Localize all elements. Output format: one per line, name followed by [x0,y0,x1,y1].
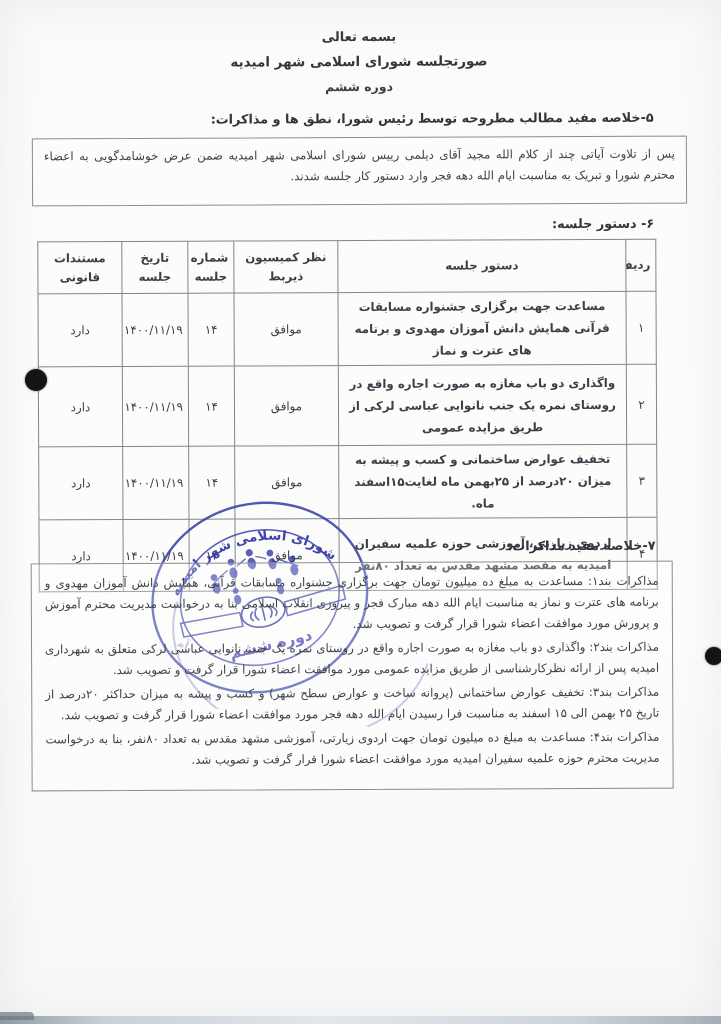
council-term: دوره ششم [0,77,720,95]
scan-edge-corner [0,1012,34,1020]
col-header-session-date: تاریخ جلسه [122,241,188,293]
section7-heading: ۷-خلاصه مفید مذاکرات: [507,539,655,555]
commission-opinion: موافق [234,366,338,446]
hole-punch-right-icon [705,647,721,665]
agenda-table-header-row: ردیف دستور جلسه نظر کمیسیون ذیربط شماره … [38,239,656,294]
minutes-paragraph-1: مذاکرات بند۱: مساعدت به مبلغ ده میلیون ت… [45,571,659,637]
session-date: ۱۴۰۰/۱۱/۱۹ [123,446,189,519]
minutes-paragraph-3: مذاکرات بند۳: تخفیف عوارض ساختمانی (پروا… [45,682,659,727]
document-title: صورتجلسه شورای اسلامی شهر امیدیه [0,52,720,71]
bismillah-line: بسمه تعالی [0,28,719,46]
legal-docs: دارد [38,294,122,367]
agenda-item: مساعدت جهت برگزاری جشنواره مسابقات قرآنی… [338,291,626,365]
document-content: بسمه تعالی صورتجلسه شورای اسلامی شهر امی… [0,0,721,1024]
session-date: ۱۴۰۰/۱۱/۱۹ [122,366,188,446]
legal-docs: دارد [38,367,122,447]
commission-opinion: موافق [234,293,338,366]
minutes-paragraph-2: مذاکرات بند۲: واگذاری دو باب مغازه به صو… [45,637,659,682]
agenda-item: واگذاری دو باب مغازه به صورت اجاره واقع … [338,364,626,445]
document-header: بسمه تعالی صورتجلسه شورای اسلامی شهر امی… [0,28,720,104]
section7-minutes-box: مذاکرات بند۱: مساعدت به مبلغ ده میلیون ت… [31,561,674,792]
section5-summary-text: پس از تلاوت آیاتی چند از کلام الله مجید … [44,147,675,184]
col-header-session-no: شماره جلسه [188,241,234,293]
agenda-item: تخفیف عوارض ساختمانی و کسب و پیشه به میز… [339,444,627,518]
col-header-agenda-item: دستور جلسه [338,239,626,292]
scan-edge-bottom [0,1016,721,1024]
col-header-legal-docs: مستندات قانونی [38,242,122,294]
session-number: ۱۴ [188,366,234,446]
col-header-row-number: ردیف [626,239,656,291]
minutes-paragraph-4: مذاکرات بند۴: مساعدت به مبلغ ده میلیون ت… [45,727,659,772]
agenda-row-1: ۱ مساعدت جهت برگزاری جشنواره مسابقات قرآ… [38,291,656,367]
section5-heading: ۵-خلاصه مفید مطالب مطروحه توسط رئیس شورا… [211,111,654,128]
legal-docs: دارد [39,447,123,520]
row-number: ۳ [627,444,657,517]
col-header-commission: نظر کمیسیون ذیربط [234,241,338,293]
agenda-row-2: ۲ واگذاری دو باب مغازه به صورت اجاره واق… [38,364,656,447]
hole-punch-left-icon [25,369,47,391]
section6-heading: ۶- دستور جلسه: [552,217,654,232]
row-number: ۱ [626,291,656,364]
session-number: ۱۴ [188,293,234,366]
section5-summary-box: پس از تلاوت آیاتی چند از کلام الله مجید … [32,136,687,207]
row-number: ۲ [626,364,656,444]
scanned-document-page: بسمه تعالی صورتجلسه شورای اسلامی شهر امی… [0,0,721,1024]
session-date: ۱۴۰۰/۱۱/۱۹ [122,293,188,366]
